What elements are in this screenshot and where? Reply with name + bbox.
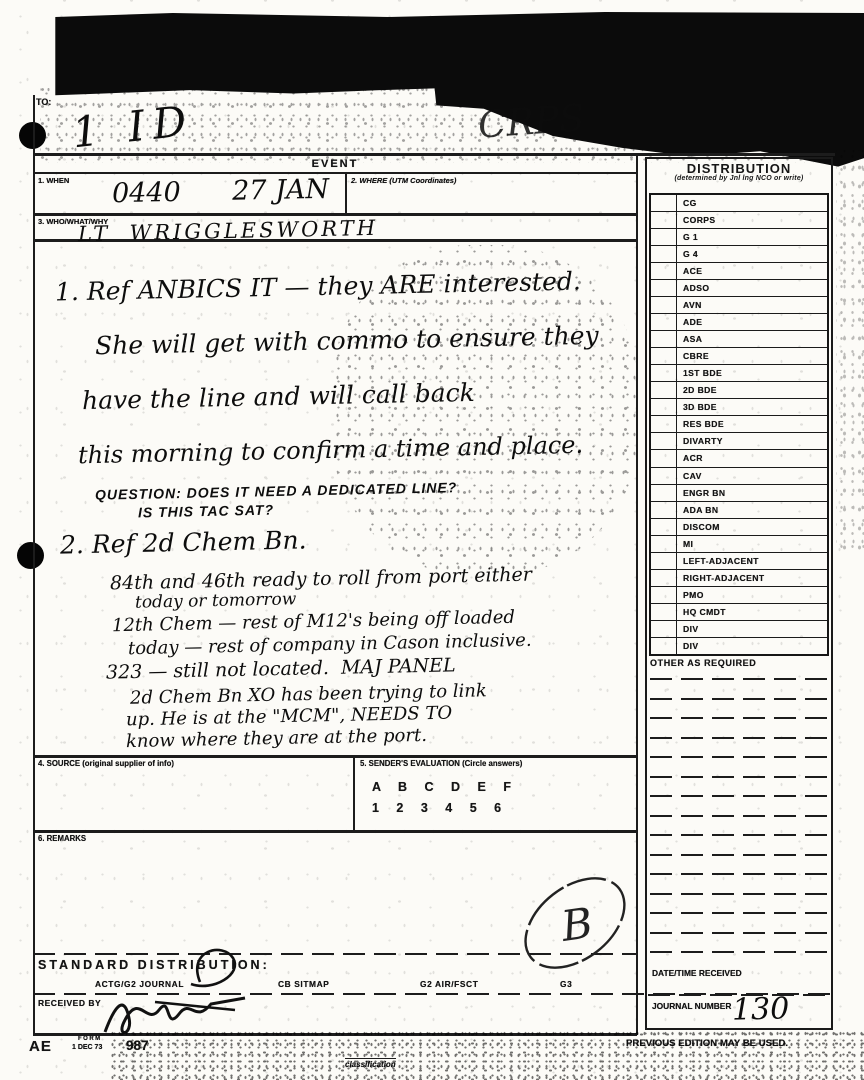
dist-item-label: DISCOM xyxy=(677,519,827,535)
distribution-table: CGCORPSG 1G 4ACEADSOAVNADEASACBRE1ST BDE… xyxy=(649,193,829,656)
blank-distribution-line xyxy=(650,678,828,680)
distribution-box: DISTRIBUTION (determined by Jnl lng NCO … xyxy=(645,157,833,1030)
blank-distribution-line xyxy=(650,951,828,953)
distribution-title: DISTRIBUTION xyxy=(647,161,831,176)
circled-initial-text: B xyxy=(557,898,595,951)
dist-checkbox xyxy=(651,263,677,279)
distribution-row: MI xyxy=(651,536,827,553)
blank-distribution-line xyxy=(650,854,828,856)
dist-item-label: ADSO xyxy=(677,280,827,296)
handwritten-line: 1. Ref ANBICS IT — they ARE interested. xyxy=(55,266,581,306)
distribution-row: HQ CMDT xyxy=(651,604,827,621)
dist-checkbox xyxy=(651,621,677,637)
dist-item-label: RES BDE xyxy=(677,416,827,432)
dist-checkbox xyxy=(651,536,677,552)
distribution-row: CORPS xyxy=(651,212,827,229)
dist-checkbox xyxy=(651,468,677,484)
handwritten-line: She will get with commo to ensure they xyxy=(95,321,599,361)
when-label: 1. WHEN xyxy=(38,176,69,185)
dist-checkbox xyxy=(651,331,677,347)
std-dist-item: G2 AIR/FSCT xyxy=(420,979,478,989)
scanned-journal-form: CRPS TO: 1 ID EVENT 1. WHEN 0440 27 JAN … xyxy=(0,0,864,1080)
blank-distribution-line xyxy=(650,756,828,758)
source-row-border xyxy=(33,830,637,833)
blank-distribution-line xyxy=(650,834,828,836)
handwritten-to-secondary: CRPS xyxy=(477,96,586,146)
distribution-row: LEFT-ADJACENT xyxy=(651,553,827,570)
dist-checkbox xyxy=(651,638,677,654)
handwritten-when-value: 0440 27 JAN xyxy=(112,174,330,210)
classification-label: classification xyxy=(345,1058,396,1069)
blank-distribution-line xyxy=(650,815,828,817)
dist-checkbox xyxy=(651,229,677,245)
dist-checkbox xyxy=(651,485,677,501)
dist-item-label: CBRE xyxy=(677,348,827,364)
dist-checkbox xyxy=(651,297,677,313)
handwritten-line: this morning to confirm a time and place… xyxy=(78,431,584,470)
dist-item-label: DIVARTY xyxy=(677,433,827,449)
event-header-border xyxy=(33,172,637,174)
distribution-row: CAV xyxy=(651,468,827,485)
blank-distribution-line xyxy=(650,893,828,895)
hole-punch xyxy=(17,542,44,569)
dist-checkbox xyxy=(651,246,677,262)
form-prefix: AE xyxy=(29,1038,52,1055)
dist-checkbox xyxy=(651,212,677,228)
eval-label: 5. SENDER'S EVALUATION (Circle answers) xyxy=(360,759,522,768)
dist-item-label: DIV xyxy=(677,621,827,637)
dist-checkbox xyxy=(651,519,677,535)
dist-item-label: ACE xyxy=(677,263,827,279)
blank-distribution-line xyxy=(650,932,828,934)
distribution-row: G 4 xyxy=(651,246,827,263)
dist-item-label: HQ CMDT xyxy=(677,604,827,620)
distribution-row: ASA xyxy=(651,331,827,348)
distribution-row: G 1 xyxy=(651,229,827,246)
blank-distribution-line xyxy=(650,698,828,700)
handwritten-line: today or tomorrow xyxy=(135,589,297,612)
scan-noise-rightedge xyxy=(836,150,864,550)
form-date: 1 DEC 73 xyxy=(72,1044,102,1051)
distribution-row: ADSO xyxy=(651,280,827,297)
when-row-border xyxy=(33,213,637,216)
handwritten-to-value: 1 ID xyxy=(70,96,197,158)
dist-checkbox xyxy=(651,502,677,518)
distribution-row: CBRE xyxy=(651,348,827,365)
dist-item-label: CORPS xyxy=(677,212,827,228)
handwritten-who-value: LT WRIGGLESWORTH xyxy=(78,216,378,246)
dist-item-label: PMO xyxy=(677,587,827,603)
blank-distribution-line xyxy=(650,795,828,797)
distribution-row: ACE xyxy=(651,263,827,280)
dist-checkbox xyxy=(651,433,677,449)
journal-number-label: JOURNAL NUMBER xyxy=(652,1001,731,1011)
dist-checkbox xyxy=(651,416,677,432)
when-where-divider xyxy=(345,172,347,214)
distribution-row: CG xyxy=(651,195,827,212)
distribution-row: 3D BDE xyxy=(651,399,827,416)
distribution-row: ADE xyxy=(651,314,827,331)
distribution-row: 2D BDE xyxy=(651,382,827,399)
eval-numbers: 1 2 3 4 5 6 xyxy=(372,801,508,815)
form-word: FORM xyxy=(78,1036,102,1042)
source-label: 4. SOURCE (original supplier of info) xyxy=(38,759,174,768)
body-bottom-border xyxy=(33,755,637,758)
distribution-row: AVN xyxy=(651,297,827,314)
dist-item-label: G 4 xyxy=(677,246,827,262)
dist-item-label: ENGR BN xyxy=(677,485,827,501)
dist-item-label: RIGHT-ADJACENT xyxy=(677,570,827,586)
blank-distribution-line xyxy=(650,873,828,875)
event-section-title: EVENT xyxy=(33,158,637,170)
circled-initial-mark: B xyxy=(500,858,650,988)
dist-checkbox xyxy=(651,348,677,364)
distribution-row: ENGR BN xyxy=(651,485,827,502)
dist-checkbox xyxy=(651,280,677,296)
eval-letters: A B C D E F xyxy=(372,780,518,794)
distribution-subtitle: (determined by Jnl lng NCO or write) xyxy=(647,175,831,182)
dist-item-label: 3D BDE xyxy=(677,399,827,415)
dist-item-label: LEFT-ADJACENT xyxy=(677,553,827,569)
distribution-row: PMO xyxy=(651,587,827,604)
dist-checkbox xyxy=(651,314,677,330)
to-row-border xyxy=(33,153,835,156)
std-dist-item: G3 xyxy=(560,979,572,989)
dist-item-label: MI xyxy=(677,536,827,552)
dist-item-label: ADE xyxy=(677,314,827,330)
dist-item-label: CAV xyxy=(677,468,827,484)
dist-item-label: ASA xyxy=(677,331,827,347)
distribution-row: DIV xyxy=(651,621,827,638)
where-label: 2. WHERE (UTM Coordinates) xyxy=(351,176,456,185)
dist-item-label: ADA BN xyxy=(677,502,827,518)
remarks-label: 6. REMARKS xyxy=(38,834,86,843)
dist-item-label: DIV xyxy=(677,638,827,654)
source-eval-divider xyxy=(353,755,355,830)
handwritten-line: 323 — still not located. MAJ PANEL xyxy=(106,654,456,683)
blank-distribution-line xyxy=(650,776,828,778)
dist-checkbox xyxy=(651,553,677,569)
distribution-row: DIVARTY xyxy=(651,433,827,450)
handwritten-journal-number: 130 xyxy=(732,991,790,1027)
signature xyxy=(95,940,335,1040)
form-number: 987 xyxy=(126,1038,149,1053)
distribution-row: RES BDE xyxy=(651,416,827,433)
dist-checkbox xyxy=(651,399,677,415)
dist-checkbox xyxy=(651,604,677,620)
blank-distribution-line xyxy=(650,912,828,914)
distribution-row: ADA BN xyxy=(651,502,827,519)
dist-item-label: 2D BDE xyxy=(677,382,827,398)
dist-item-label: AVN xyxy=(677,297,827,313)
received-by-label: RECEIVED BY xyxy=(38,998,101,1008)
distribution-other-label: OTHER AS REQUIRED xyxy=(650,658,756,668)
dist-item-label: 1ST BDE xyxy=(677,365,827,381)
blank-distribution-line xyxy=(650,737,828,739)
handwritten-line: have the line and will call back xyxy=(82,378,475,415)
dist-item-label: CG xyxy=(677,195,827,211)
distribution-row: DISCOM xyxy=(651,519,827,536)
distribution-row: 1ST BDE xyxy=(651,365,827,382)
dist-checkbox xyxy=(651,587,677,603)
distribution-row: DIV xyxy=(651,638,827,654)
previous-edition-note: PREVIOUS EDITION MAY BE USED. xyxy=(626,1038,788,1049)
dist-item-label: ACR xyxy=(677,450,827,466)
blank-distribution-line xyxy=(650,717,828,719)
dist-checkbox xyxy=(651,450,677,466)
distribution-row: ACR xyxy=(651,450,827,467)
dist-checkbox xyxy=(651,365,677,381)
dist-checkbox xyxy=(651,570,677,586)
left-border xyxy=(33,95,35,1035)
handwritten-line: 84th and 46th ready to roll from port ei… xyxy=(110,564,532,595)
handwritten-line: IS THIS TAC SAT? xyxy=(138,502,274,521)
distribution-row: RIGHT-ADJACENT xyxy=(651,570,827,587)
to-label: TO: xyxy=(36,97,51,107)
dist-checkbox xyxy=(651,195,677,211)
handwritten-line: 2. Ref 2d Chem Bn. xyxy=(60,525,307,559)
dist-checkbox xyxy=(651,382,677,398)
dist-item-label: G 1 xyxy=(677,229,827,245)
date-time-received-label: DATE/TIME RECEIVED xyxy=(652,968,742,978)
handwritten-line: QUESTION: DOES IT NEED A DEDICATED LINE? xyxy=(95,479,458,503)
